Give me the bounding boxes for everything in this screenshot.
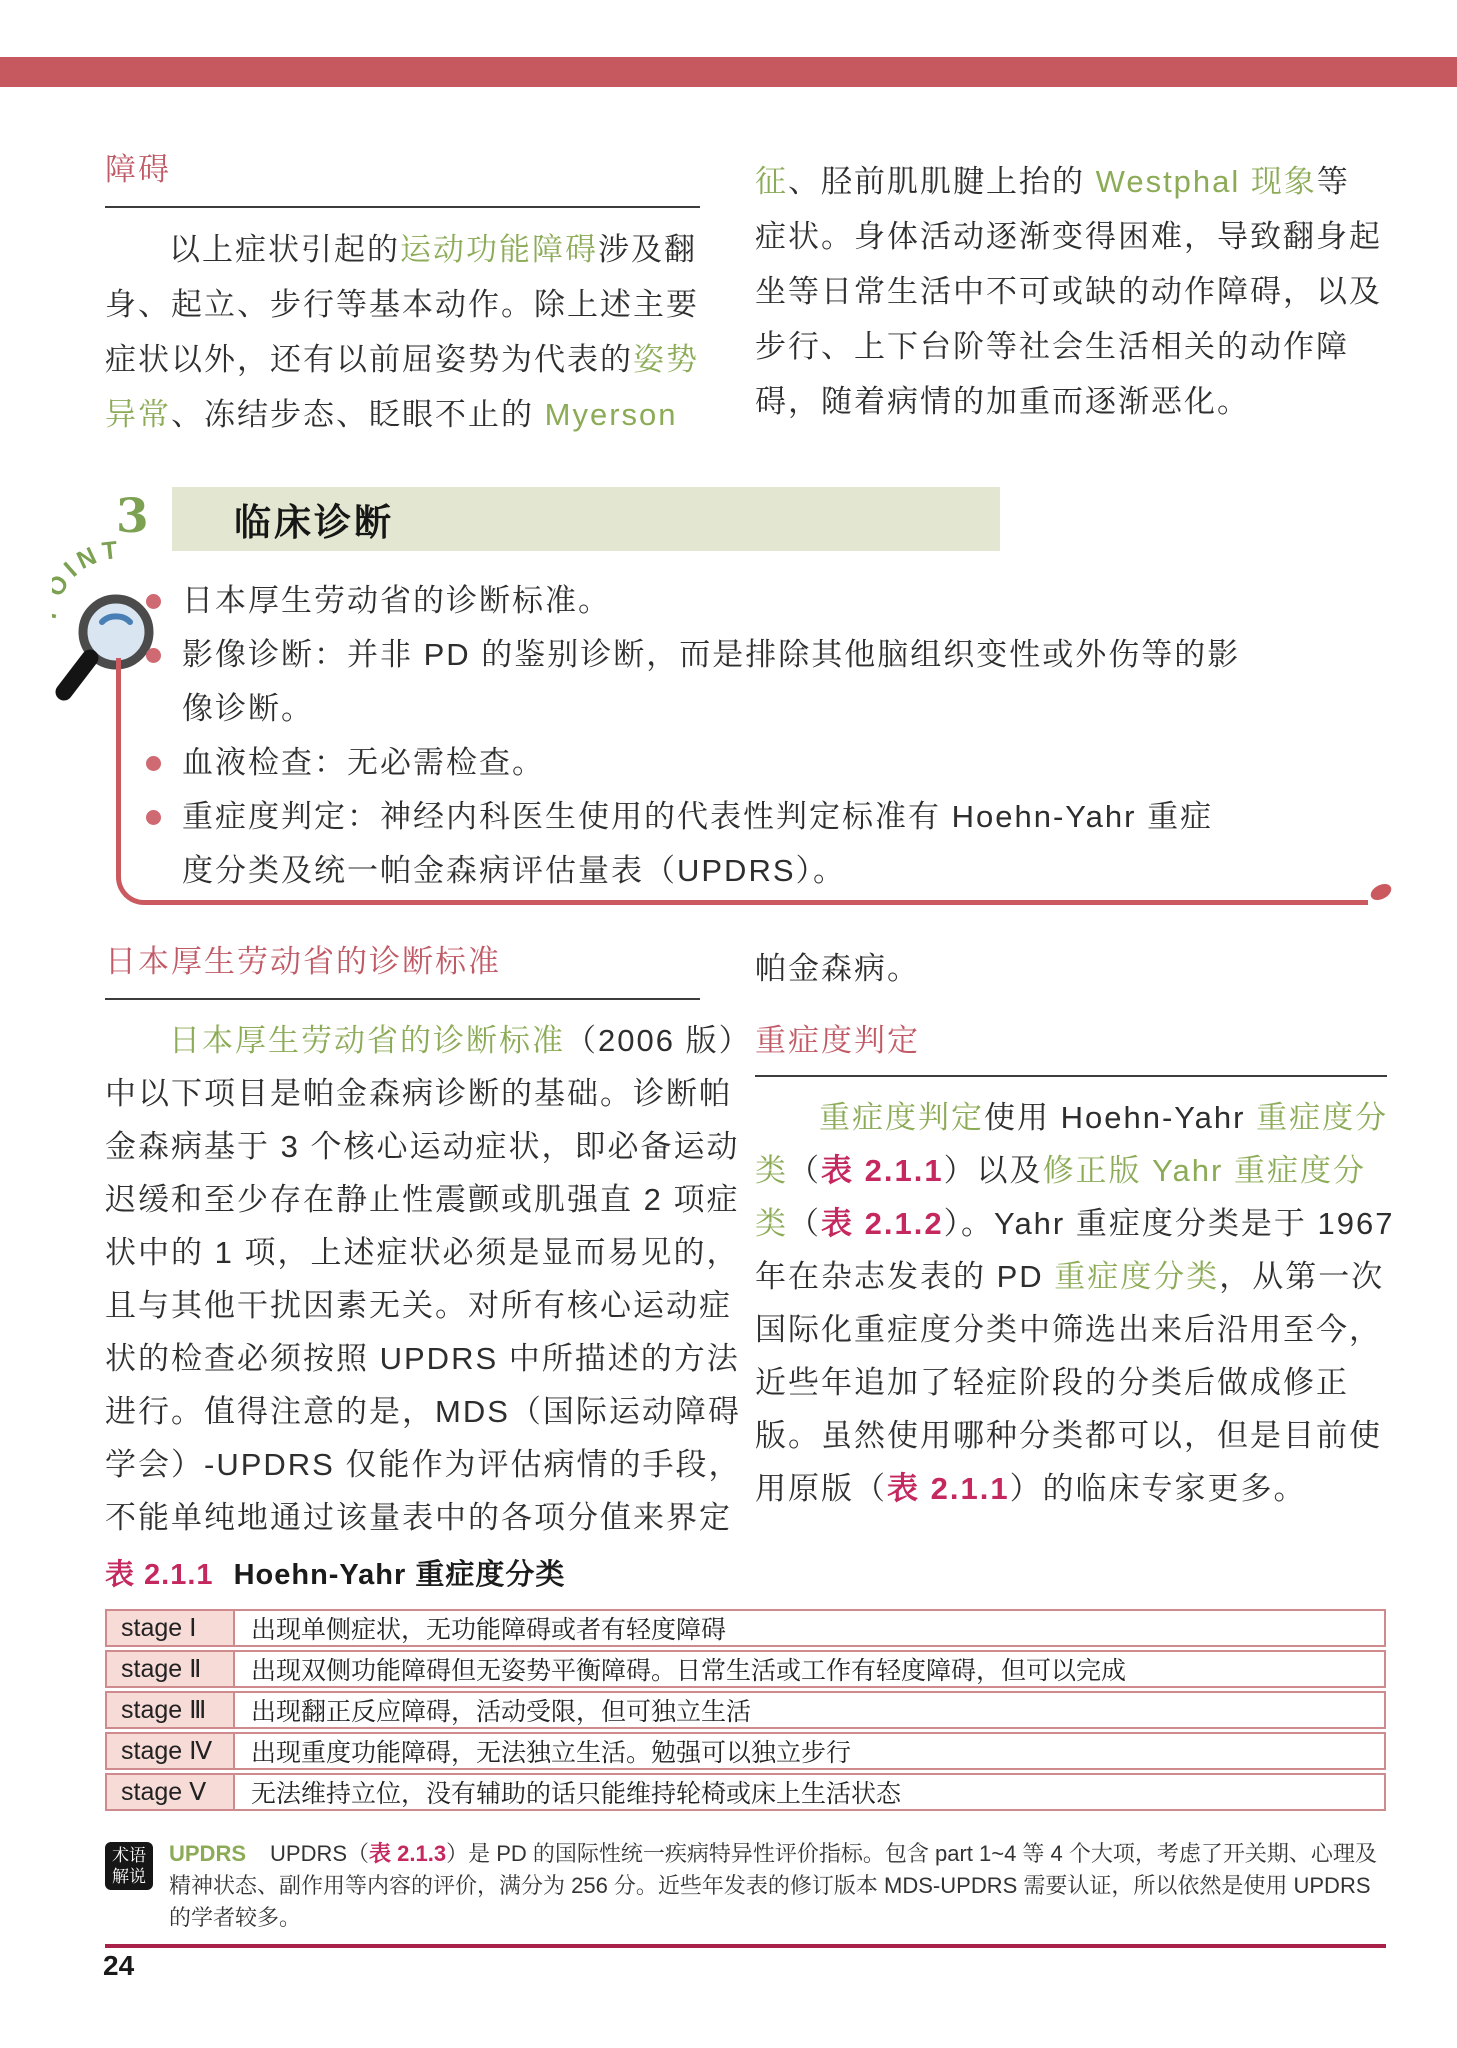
text-line: 国际化重症度分类中筛选出来后沿用至今，	[755, 1303, 1387, 1356]
text-segment: 症状以外，还有以前屈姿势为代表的	[105, 342, 633, 377]
heading-rule	[105, 998, 700, 1000]
point-bullet-list: 日本厚生劳动省的诊断标准。影像诊断：并非 PD 的鉴别诊断，而是排除其他脑组织变…	[146, 574, 1388, 898]
text-segment: 表 2.1.3	[369, 1841, 446, 1866]
severity-table-block: 表 2.1.1Hoehn-Yahr 重症度分类 stage Ⅰ出现单侧症状，无功…	[105, 1552, 1386, 1811]
intro-right-paragraph: 征、胫前肌肌腱上抬的 Westphal 现象等症状。身体活动逐渐变得困难，导致翻…	[755, 154, 1387, 429]
bullet-text: 血液检查：无必需检查。	[182, 736, 1388, 790]
text-segment: 、冻结步态、眨眼不止的	[171, 397, 545, 432]
text-segment: 运动功能障碍	[400, 232, 598, 267]
bullet-text: 影像诊断：并非 PD 的鉴别诊断，而是排除其他脑组织变性或外伤等的影像诊断。	[182, 628, 1388, 736]
text-segment: 类	[755, 1206, 788, 1241]
section-header-bar: 临床诊断	[172, 487, 1000, 551]
table-row: stage Ⅰ出现单侧症状，无功能障碍或者有轻度障碍	[105, 1609, 1386, 1647]
text-line: 状中的 1 项，上述症状必须是显而易见的，	[105, 1226, 700, 1279]
table-stage-cell: stage Ⅳ	[107, 1734, 235, 1768]
text-line: 日本厚生劳动省的诊断标准（2006 版）	[105, 1014, 700, 1067]
footnote-text: UPDRSUPDRS（表 2.1.3）是 PD 的国际性统一疾病特异性评价指标。…	[169, 1838, 1386, 1934]
text-segment: （2006 版）	[565, 1023, 752, 1058]
text-segment: 金森病基于 3 个核心运动症状，即必备运动	[105, 1129, 739, 1164]
text-segment: 涉及翻	[598, 232, 697, 267]
heading-rule	[105, 206, 700, 208]
heading-rule	[755, 1075, 1387, 1077]
table-desc-cell: 出现单侧症状，无功能障碍或者有轻度障碍	[235, 1611, 726, 1645]
text-line: 以上症状引起的运动功能障碍涉及翻	[105, 222, 700, 277]
text-line: 影像诊断：并非 PD 的鉴别诊断，而是排除其他脑组织变性或外伤等的影	[182, 628, 1388, 682]
text-segment: Westphal 现象	[1096, 164, 1317, 199]
bullet-text: 重症度判定：神经内科医生使用的代表性判定标准有 Hoehn-Yahr 重症度分类…	[182, 790, 1388, 898]
text-line: 碍，随着病情的加重而逐渐恶化。	[755, 374, 1387, 429]
text-segment: 碍，随着病情的加重而逐渐恶化。	[755, 384, 1250, 419]
text-line: 步行、上下台阶等社会生活相关的动作障	[755, 319, 1387, 374]
text-segment: 身、起立、步行等基本动作。除上述主要	[105, 287, 699, 322]
text-segment: 坐等日常生活中不可或缺的动作障碍，以及	[755, 274, 1382, 309]
text-segment: 版。虽然使用哪种分类都可以，但是目前使	[755, 1418, 1382, 1453]
text-line: 进行。值得注意的是，MDS（国际运动障碍	[105, 1385, 700, 1438]
text-segment: 不能单纯地通过该量表中的各项分值来界定	[105, 1500, 732, 1535]
text-line: 症状。身体活动逐渐变得困难，导致翻身起	[755, 209, 1387, 264]
bullet-text: 日本厚生劳动省的诊断标准。	[182, 574, 1388, 628]
text-segment: 姿势	[633, 342, 699, 377]
point-bullet-item: 重症度判定：神经内科医生使用的代表性判定标准有 Hoehn-Yahr 重症度分类…	[146, 790, 1388, 898]
glossary-badge-bottom: 解说	[112, 1866, 146, 1887]
diagnosis-left-paragraph: 日本厚生劳动省的诊断标准（2006 版）中以下项目是帕金森病诊断的基础。诊断帕金…	[105, 1014, 700, 1544]
diagnosis-left-column: 日本厚生劳动省的诊断标准 日本厚生劳动省的诊断标准（2006 版）中以下项目是帕…	[105, 942, 700, 1544]
text-segment: 年在杂志发表的 PD	[755, 1259, 1054, 1294]
text-segment: 国际化重症度分类中筛选出来后沿用至今，	[755, 1312, 1382, 1347]
table-desc-cell: 出现翻正反应障碍，活动受限，但可独立生活	[235, 1693, 751, 1727]
text-segment: 近些年追加了轻症阶段的分类后做成修正	[755, 1365, 1349, 1400]
text-segment: 中以下项目是帕金森病诊断的基础。诊断帕	[105, 1076, 732, 1111]
footnote-line-1: UPDRSUPDRS（表 2.1.3）是 PD 的国际性统一疾病特异性评价指标。…	[169, 1838, 1386, 1870]
table-title: 表 2.1.1Hoehn-Yahr 重症度分类	[105, 1552, 1386, 1593]
carry-over-text: 帕金森病。	[755, 942, 1387, 995]
text-line: 版。虽然使用哪种分类都可以，但是目前使	[755, 1409, 1387, 1462]
table-stage-cell: stage Ⅱ	[107, 1652, 235, 1686]
table-stage-cell: stage Ⅰ	[107, 1611, 235, 1645]
text-segment: 状中的 1 项，上述症状必须是显而易见的，	[105, 1235, 739, 1270]
text-line: 重症度判定：神经内科医生使用的代表性判定标准有 Hoehn-Yahr 重症	[182, 790, 1388, 844]
text-segment: 迟缓和至少存在静止性震颤或肌强直 2 项症	[105, 1182, 739, 1217]
text-line: 身、起立、步行等基本动作。除上述主要	[105, 277, 700, 332]
bullet-dot-icon	[146, 648, 161, 663]
text-segment: 症状。身体活动逐渐变得困难，导致翻身起	[755, 219, 1382, 254]
text-segment: 且与其他干扰因素无关。对所有核心运动症	[105, 1288, 732, 1323]
text-line: 异常、冻结步态、眨眼不止的 Myerson	[105, 387, 700, 442]
text-segment: 重症度判定	[819, 1100, 984, 1135]
book-page: 障碍 以上症状引起的运动功能障碍涉及翻身、起立、步行等基本动作。除上述主要症状以…	[0, 0, 1457, 2048]
table-desc-cell: 出现双侧功能障碍但无姿势平衡障碍。日常生活或工作有轻度障碍，但可以完成	[235, 1652, 1126, 1686]
text-line: 症状以外，还有以前屈姿势为代表的姿势	[105, 332, 700, 387]
text-line: 年在杂志发表的 PD 重症度分类，从第一次	[755, 1250, 1387, 1303]
point-bullet-item: 日本厚生劳动省的诊断标准。	[146, 574, 1388, 628]
table-desc-cell: 无法维持立位，没有辅助的话只能维持轮椅或床上生活状态	[235, 1775, 901, 1809]
text-line: 近些年追加了轻症阶段的分类后做成修正	[755, 1356, 1387, 1409]
text-line: 血液检查：无必需检查。	[182, 736, 1388, 790]
text-segment: 使用 Hoehn-Yahr	[984, 1100, 1256, 1135]
bullet-dot-icon	[146, 594, 161, 609]
footnote-line-2: 精神状态、副作用等内容的评价，满分为 256 分。近些年发表的修订版本 MDS-…	[169, 1870, 1386, 1902]
table-rows: stage Ⅰ出现单侧症状，无功能障碍或者有轻度障碍stage Ⅱ出现双侧功能障…	[105, 1609, 1386, 1811]
text-segment: 异常	[105, 397, 171, 432]
table-label: 表 2.1.1	[105, 1559, 214, 1591]
text-segment: 重症度分类	[1054, 1259, 1219, 1294]
footnote-line1-body: UPDRS（表 2.1.3）是 PD 的国际性统一疾病特异性评价指标。包含 pa…	[270, 1841, 1377, 1866]
text-segment: Myerson	[545, 397, 678, 432]
text-line: 迟缓和至少存在静止性震颤或肌强直 2 项症	[105, 1173, 700, 1226]
point-bullet-item: 血液检查：无必需检查。	[146, 736, 1388, 790]
magnifier-handle	[64, 658, 90, 692]
text-segment: ）以及	[944, 1153, 1043, 1188]
table-stage-cell: stage Ⅴ	[107, 1775, 235, 1809]
diagnosis-right-column: 帕金森病。 重症度判定 重症度判定使用 Hoehn-Yahr 重症度分类（表 2…	[755, 942, 1387, 1515]
text-line: 类（表 2.1.2）。Yahr 重症度分类是于 1967	[755, 1197, 1387, 1250]
text-segment: 表 2.1.1	[821, 1153, 944, 1188]
text-line: 用原版（表 2.1.1）的临床专家更多。	[755, 1462, 1387, 1515]
text-segment: 状的检查必须按照 UPDRS 中所描述的方法	[105, 1341, 740, 1376]
text-line: 中以下项目是帕金森病诊断的基础。诊断帕	[105, 1067, 700, 1120]
text-segment: UPDRS（	[270, 1841, 369, 1866]
text-segment: ）的临床专家更多。	[1010, 1471, 1307, 1506]
text-segment: 等	[1317, 164, 1350, 199]
text-line: 像诊断。	[182, 682, 1388, 736]
diagnosis-standard-heading: 日本厚生劳动省的诊断标准	[105, 942, 700, 982]
text-segment: 学会）-UPDRS 仅能作为评估病情的手段，	[105, 1447, 741, 1482]
text-line: 金森病基于 3 个核心运动症状，即必备运动	[105, 1120, 700, 1173]
glossary-badge: 术语 解说	[105, 1842, 153, 1890]
text-segment: 日本厚生劳动省的诊断标准	[169, 1023, 565, 1058]
table-desc-cell: 出现重度功能障碍，无法独立生活。勉强可以独立步行	[235, 1734, 851, 1768]
text-segment: 步行、上下台阶等社会生活相关的动作障	[755, 329, 1349, 364]
text-segment: 类	[755, 1153, 788, 1188]
text-segment: 用原版（	[755, 1471, 887, 1506]
obstacle-heading: 障碍	[105, 150, 700, 190]
intro-left-paragraph: 以上症状引起的运动功能障碍涉及翻身、起立、步行等基本动作。除上述主要症状以外，还…	[105, 222, 700, 442]
text-line: 度分类及统一帕金森病评估量表（UPDRS）。	[182, 844, 1388, 898]
footnote-block: 术语 解说 UPDRSUPDRS（表 2.1.3）是 PD 的国际性统一疾病特异…	[105, 1838, 1386, 1934]
text-segment: 表 2.1.1	[887, 1471, 1010, 1506]
table-stage-cell: stage Ⅲ	[107, 1693, 235, 1727]
text-segment: （	[788, 1153, 821, 1188]
text-segment: 表 2.1.2	[821, 1206, 944, 1241]
text-line: 日本厚生劳动省的诊断标准。	[182, 574, 1388, 628]
table-row: stage Ⅱ出现双侧功能障碍但无姿势平衡障碍。日常生活或工作有轻度障碍，但可以…	[105, 1650, 1386, 1688]
table-row: stage Ⅴ无法维持立位，没有辅助的话只能维持轮椅或床上生活状态	[105, 1773, 1386, 1811]
text-line: 学会）-UPDRS 仅能作为评估病情的手段，	[105, 1438, 700, 1491]
bottom-rule	[105, 1944, 1386, 1948]
text-line: 重症度判定使用 Hoehn-Yahr 重症度分	[755, 1091, 1387, 1144]
section-title: 临床诊断	[234, 492, 394, 546]
page-number: 24	[103, 1950, 134, 1982]
table-row: stage Ⅲ出现翻正反应障碍，活动受限，但可独立生活	[105, 1691, 1386, 1729]
text-line: 不能单纯地通过该量表中的各项分值来界定	[105, 1491, 700, 1544]
text-segment: 重症度分	[1256, 1100, 1388, 1135]
severity-heading: 重症度判定	[755, 1021, 1387, 1061]
text-segment: （	[788, 1206, 821, 1241]
text-line: 坐等日常生活中不可或缺的动作障碍，以及	[755, 264, 1387, 319]
text-line: 征、胫前肌肌腱上抬的 Westphal 现象等	[755, 154, 1387, 209]
text-line: 且与其他干扰因素无关。对所有核心运动症	[105, 1279, 700, 1332]
text-segment: 以上症状引起的	[169, 232, 400, 267]
table-title-text: Hoehn-Yahr 重症度分类	[234, 1559, 566, 1591]
text-line: 状的检查必须按照 UPDRS 中所描述的方法	[105, 1332, 700, 1385]
point-bullet-item: 影像诊断：并非 PD 的鉴别诊断，而是排除其他脑组织变性或外伤等的影像诊断。	[146, 628, 1388, 736]
intro-left-column: 障碍 以上症状引起的运动功能障碍涉及翻身、起立、步行等基本动作。除上述主要症状以…	[105, 150, 700, 442]
text-segment: ，从第一次	[1219, 1259, 1384, 1294]
intro-right-column: 征、胫前肌肌腱上抬的 Westphal 现象等症状。身体活动逐渐变得困难，导致翻…	[755, 140, 1387, 429]
text-segment: ）是 PD 的国际性统一疾病特异性评价指标。包含 part 1~4 等 4 个大…	[446, 1841, 1377, 1866]
text-segment: 征	[755, 164, 788, 199]
footnote-line-3: 的学者较多。	[169, 1902, 1386, 1934]
diagnosis-right-paragraph: 重症度判定使用 Hoehn-Yahr 重症度分类（表 2.1.1）以及修正版 Y…	[755, 1091, 1387, 1515]
top-accent-bar	[0, 57, 1457, 87]
text-segment: ）。Yahr 重症度分类是于 1967	[944, 1206, 1395, 1241]
glossary-badge-top: 术语	[112, 1845, 146, 1866]
text-segment: 、胫前肌肌腱上抬的	[788, 164, 1096, 199]
text-segment: 修正版 Yahr 重症度分	[1043, 1153, 1366, 1188]
bullet-dot-icon	[146, 756, 161, 771]
text-segment: 进行。值得注意的是，MDS（国际运动障碍	[105, 1394, 741, 1429]
footnote-term: UPDRS	[169, 1841, 246, 1866]
bullet-dot-icon	[146, 810, 161, 825]
table-row: stage Ⅳ出现重度功能障碍，无法独立生活。勉强可以独立步行	[105, 1732, 1386, 1770]
text-line: 类（表 2.1.1）以及修正版 Yahr 重症度分	[755, 1144, 1387, 1197]
